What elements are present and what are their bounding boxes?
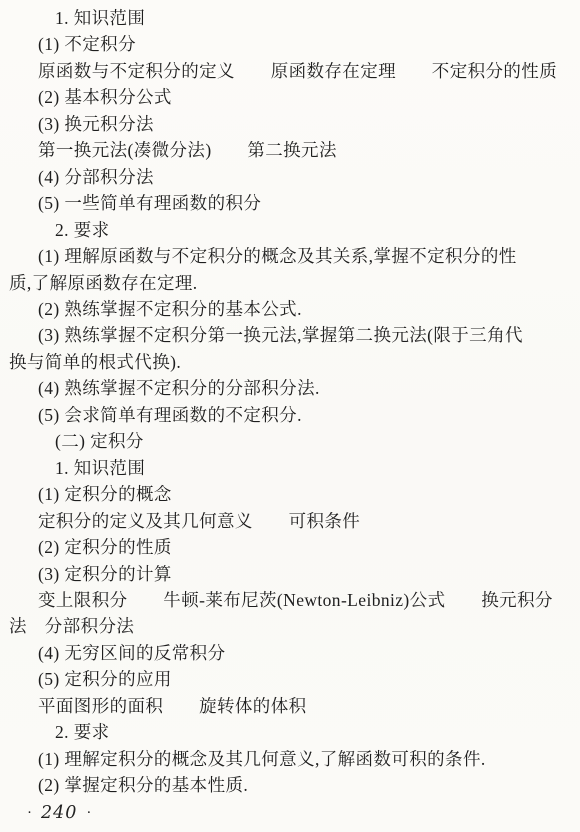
footer-dot-left: · [27,806,32,821]
text-line: 1. 知识范围 [9,5,576,31]
text-line: 平面图形的面积 旋转体的体积 [9,693,576,719]
text-line: (2) 定积分的性质 [9,534,576,560]
text-line: (4) 无穷区间的反常积分 [9,640,576,666]
text-column: 1. 知识范围(1) 不定积分原函数与不定积分的定义 原函数存在定理 不定积分的… [0,0,580,799]
text-line: (2) 掌握定积分的基本性质. [9,772,576,798]
text-line: (1) 理解定积分的概念及其几何意义,了解函数可积的条件. [9,746,576,772]
text-line: (二) 定积分 [9,428,576,454]
page-footer: · 240 · [27,803,91,823]
text-line: (4) 分部积分法 [9,164,576,190]
text-line: 法 分部积分法 [9,613,576,639]
text-line: 2. 要求 [9,719,576,745]
text-line: 质,了解原函数存在定理. [9,270,576,296]
page: 1. 知识范围(1) 不定积分原函数与不定积分的定义 原函数存在定理 不定积分的… [0,0,580,832]
page-number: 240 [41,803,77,823]
text-line: 第一换元法(凑微分法) 第二换元法 [9,137,576,163]
text-line: 原函数与不定积分的定义 原函数存在定理 不定积分的性质 [9,58,576,84]
text-line: (4) 熟练掌握不定积分的分部积分法. [9,375,576,401]
text-line: (5) 一些简单有理函数的积分 [9,190,576,216]
text-line: (5) 会求简单有理函数的不定积分. [9,402,576,428]
text-line: (3) 换元积分法 [9,111,576,137]
text-line: 1. 知识范围 [9,455,576,481]
footer-dot-right: · [86,806,91,821]
text-line: (3) 熟练掌握不定积分第一换元法,掌握第二换元法(限于三角代 [9,322,576,348]
text-line: (2) 基本积分公式 [9,84,576,110]
text-line: (2) 熟练掌握不定积分的基本公式. [9,296,576,322]
text-line: (1) 定积分的概念 [9,481,576,507]
text-line: (5) 定积分的应用 [9,666,576,692]
text-line: 换与简单的根式代换). [9,349,576,375]
text-line: 变上限积分 牛顿-莱布尼茨(Newton-Leibniz)公式 换元积分 [9,587,576,613]
text-line: 2. 要求 [9,217,576,243]
text-line: (1) 理解原函数与不定积分的概念及其关系,掌握不定积分的性 [9,243,576,269]
text-line: 定积分的定义及其几何意义 可积条件 [9,508,576,534]
text-line: (1) 不定积分 [9,31,576,57]
text-line: (3) 定积分的计算 [9,561,576,587]
